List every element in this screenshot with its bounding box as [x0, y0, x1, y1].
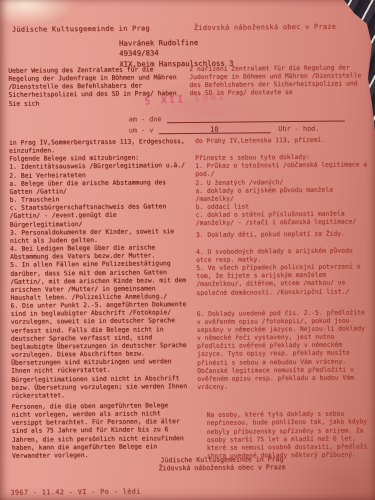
list-item: 5. Ve všech případech policejní potvrzen… [196, 263, 370, 297]
print-reference-code: 3967 - 11.42 - VI - Po - lédi [10, 487, 140, 496]
list-item: a. doklady o arijském původu manžela /ma… [195, 186, 369, 204]
date-label: am - dne [129, 115, 162, 123]
schedule-block: am - dne um - v 10 Uhr - hod. [129, 110, 345, 134]
list-item: c. doklad o státní příslušnosti manžela … [196, 210, 370, 228]
time-blank-line: 10 [158, 124, 270, 134]
german-column: in Prag IV,Sommerbergstrasse 113, Erdges… [9, 138, 191, 463]
time-unit-label: Uhr - hod. [278, 125, 319, 133]
org-name-czech: Židovská náboženská obec v Praze [194, 23, 336, 32]
list-item: 1. Průkaz o totožnosti /občanská legitim… [195, 162, 369, 180]
date-blank-line [166, 112, 344, 123]
org-name-german: Jüdische Kultusgemeinde in Prag [12, 24, 150, 33]
list-item: 5. In allen Fällen eine Polizeibestätigu… [10, 260, 189, 302]
closing-paragraph-czech: Na osoby, které tyto doklady s sebou nep… [198, 410, 372, 461]
scanned-document-photo: Jüdische Kultusgemeinde in Prag Židovská… [0, 0, 375, 500]
list-item: 3. Doklady dětí, pokud neplatí za Židy. [196, 230, 370, 240]
footer-signature-block: Jüdische Kultusgemeinde in Prag Židovská… [112, 455, 332, 474]
location-line-german: in Prag IV,Sommerbergstrasse 113, Erdges… [9, 138, 188, 156]
date-stamp-year: 1942 [194, 91, 228, 104]
list-item: 6. Die unter Punkt 2.-5. angeführten Dok… [10, 301, 190, 401]
body-columns: in Prag IV,Sommerbergstrasse 113, Erdges… [9, 136, 372, 463]
list-item: a. Belege über die arische Abstammung de… [9, 179, 188, 197]
list-item: 1. Identitätsausweis /Bürgerlegitimation… [9, 162, 188, 172]
list-item: c. Staatsbürgerschaftsnachweis des Gatte… [10, 203, 189, 229]
date-fill-line: am - dne [129, 110, 345, 123]
footer-org-czech: Židovská náboženská obec v Praze [112, 463, 332, 474]
closing-paragraph-german: Personen, die die oben angeführten Beleg… [11, 402, 191, 461]
list-item: 3. Personaldokumente der Kinder, soweit … [10, 228, 189, 246]
time-fill-line: um - v 10 Uhr - hod. [129, 121, 345, 134]
typed-content: Jüdische Kultusgemeinde in Prag Židovská… [0, 0, 375, 500]
time-label: um - v [129, 126, 154, 134]
czech-column: do Prahy IV,Letenska 113, přízemí. Přine… [195, 136, 372, 461]
location-line-czech: do Prahy IV,Letenska 113, přízemí. [195, 136, 369, 146]
list-item: 6. Doklady uvedené pod čís. 2.-5. předlo… [197, 309, 372, 392]
list-item: 4. U svobodných doklady o arijském původ… [196, 247, 370, 265]
